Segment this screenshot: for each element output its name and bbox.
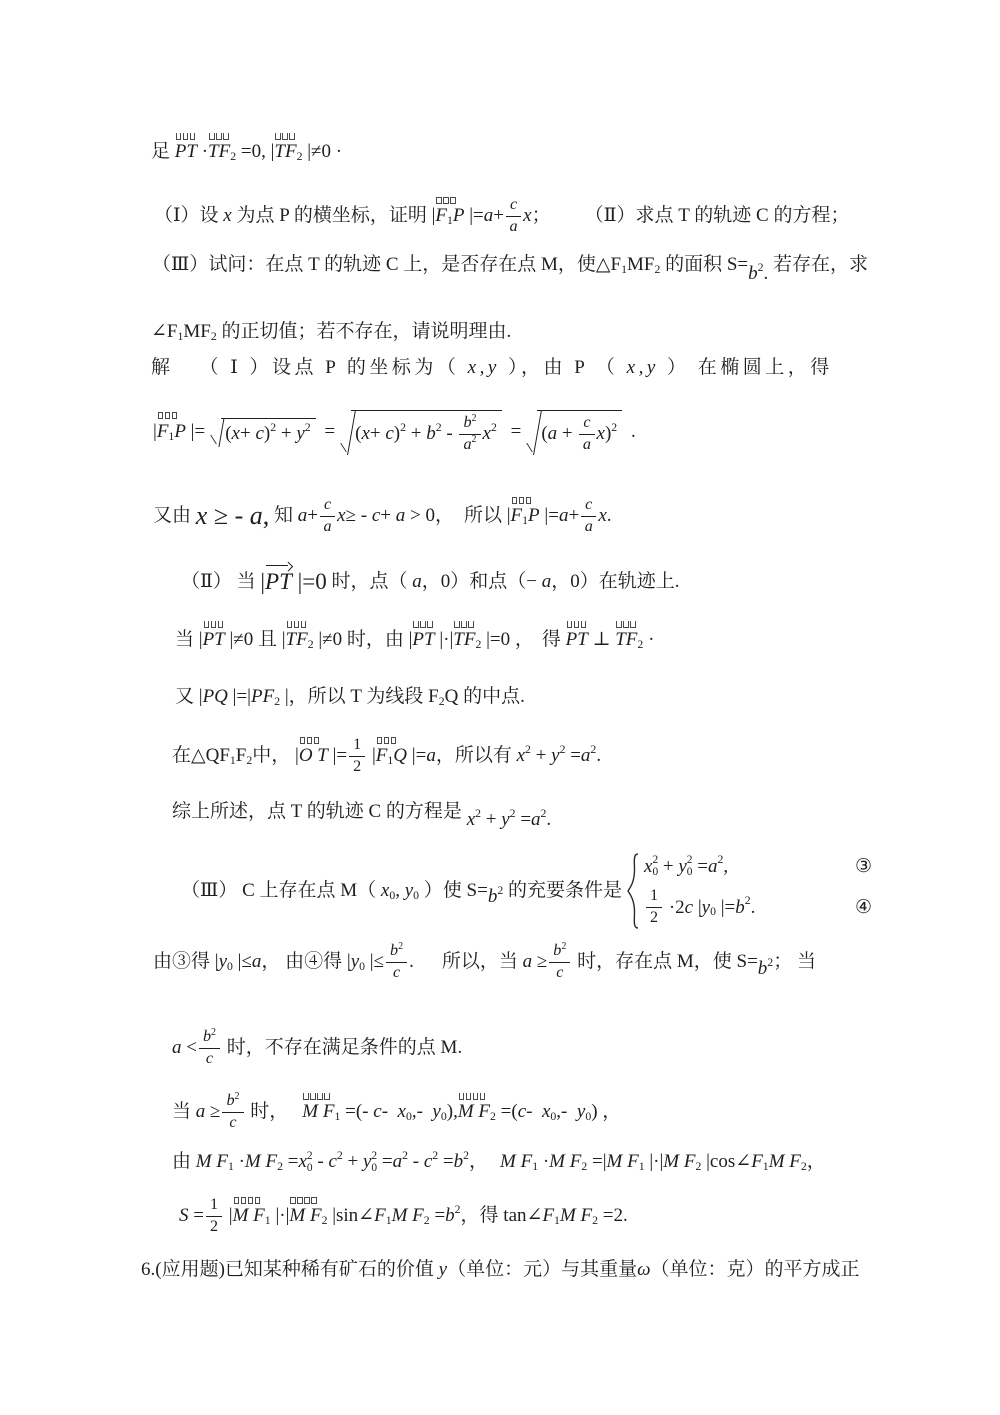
tofu-box-icon [248, 1197, 254, 1204]
math-variable: a [463, 436, 471, 455]
fraction-numerator: b2 [459, 414, 480, 435]
math-variable: M F [769, 1150, 801, 1174]
fraction: ca [506, 196, 521, 236]
math-variable: c [372, 504, 380, 528]
brace-path [626, 852, 640, 930]
fraction-denominator: c [206, 1049, 213, 1069]
tofu-box-icon [466, 1093, 472, 1100]
vector-with-tofu-boxes: F1P [157, 420, 186, 444]
text-run: |= [716, 896, 735, 920]
math-variable: b [735, 896, 745, 920]
tofu-box-icon [211, 621, 217, 628]
subscript: 2 [322, 1214, 328, 1229]
vector-with-tofu-boxes: F1P [511, 504, 540, 528]
tofu-box-icon [294, 621, 300, 628]
superscript: 2 [767, 956, 773, 971]
midpoint-statement: 又 |PQ |=|PF2 |，所以 T 为线段 F2Q 的中点. [175, 685, 525, 709]
tofu-box-icon [377, 737, 383, 744]
fraction-denominator: a [510, 217, 518, 237]
text-run: + [493, 204, 504, 228]
math-variable: M F [289, 1204, 321, 1228]
text-run: = [438, 1150, 453, 1174]
text-run: |，所以 T 为线段 F [280, 685, 439, 709]
math-variable: x [223, 204, 231, 228]
subscript: 2 [274, 695, 280, 710]
text-run: 时，点（ [327, 570, 413, 594]
text-run: , [395, 879, 405, 903]
square-root: (a + cax)2 [537, 410, 622, 455]
math-variable: c [510, 196, 517, 215]
text-run: ), [447, 1100, 458, 1124]
text-run: |≠0 · [302, 140, 342, 164]
subscript: 1 [386, 1214, 392, 1229]
triangle-median-relation: 在△QF1F2中， |O T |=12 |F1Q |=a，所以有 x2 + y2… [172, 736, 601, 776]
text-run: | [224, 1204, 233, 1228]
math-variable: S [179, 1204, 189, 1228]
text-run: |=0 [292, 568, 327, 597]
text-run: . [546, 808, 551, 832]
math-variable: PT [412, 628, 434, 652]
tofu-box-icon [300, 737, 306, 744]
tofu-box-icon [310, 1093, 316, 1100]
math-variable: c [255, 422, 263, 446]
subscript: 1 [334, 1110, 340, 1125]
text-run: |=0 ， [481, 628, 534, 652]
missing-glyph-boxes-icon [204, 621, 224, 628]
tofu-box-icon [158, 412, 164, 419]
tofu-box-icon [209, 133, 215, 140]
math-variable: P [453, 204, 465, 228]
math-variable: M F [196, 1150, 228, 1174]
subscript: 1 [230, 754, 236, 769]
math-variable: a [298, 504, 308, 528]
subscript: 1 [763, 1160, 769, 1175]
math-variable: F [751, 1150, 763, 1174]
text-run: · [234, 1150, 245, 1174]
missing-glyph-boxes-icon [567, 621, 587, 628]
math-variable: TF [615, 628, 637, 652]
subscript: 1 [522, 514, 528, 529]
fraction: 12 [349, 736, 365, 776]
text-run: 由③得 | [153, 950, 219, 974]
vectors-definition: 当 a ≥b2c 时，M F1 =(- c- x0,- y0),M F2 =(c… [172, 1092, 621, 1132]
text-run: 中， | [252, 744, 299, 768]
text-run: |≤ [233, 950, 252, 974]
equation-number-label: ③ [855, 855, 872, 879]
text-run: =2. [598, 1204, 628, 1228]
math-variable: F [374, 1204, 386, 1228]
missing-glyph-boxes-icon [413, 621, 433, 628]
math-variable: O T [299, 744, 328, 768]
math-variable: F [435, 204, 447, 228]
subscript: 2 [654, 263, 660, 278]
missing-glyph-boxes-icon [275, 133, 295, 140]
fraction-denominator: c [393, 963, 400, 983]
part2-perpendicular: 当 |PT |≠0 且 |TF2 |≠0 时，由 |PT |·|TF2 |=0 … [175, 628, 654, 652]
math-variable: c [373, 1100, 381, 1124]
math-variable: Q [393, 744, 407, 768]
math-variable: b [553, 942, 561, 961]
vector-with-tofu-boxes: PT [412, 628, 434, 652]
text-run: ），由 P （ [500, 356, 627, 380]
tofu-box-icon [223, 133, 229, 140]
math-variable: b [748, 262, 758, 286]
math-variable: a [583, 436, 591, 455]
math-variable: TF [274, 140, 296, 164]
tofu-box-icon [461, 621, 467, 628]
text-run: 得 [542, 628, 566, 652]
tofu-box-icon [218, 621, 224, 628]
math-variable: x [398, 1100, 406, 1124]
superscript: 2 [717, 853, 723, 868]
text-run: |= [407, 744, 426, 768]
text-run: ， 由④得 | [261, 950, 350, 974]
math-variable: c [393, 964, 400, 983]
fraction-numerator: c [320, 496, 335, 517]
math-variable: a [393, 1150, 403, 1174]
math-variable: M F [245, 1150, 277, 1174]
tofu-box-icon [289, 133, 295, 140]
text-run: - [408, 1150, 424, 1174]
math-variable: PT [203, 628, 225, 652]
subscript: 2 [277, 1160, 283, 1175]
fraction: 12 [206, 1196, 222, 1236]
text-run: 为点 P 的横坐标，证明 | [232, 204, 436, 228]
fraction-numerator: c [506, 196, 521, 217]
text-run: ·2 [664, 896, 685, 920]
text-run: MF [627, 253, 654, 277]
tofu-box-icon [468, 621, 474, 628]
subscript: 0 [550, 1110, 556, 1125]
missing-glyph-boxes-icon [290, 1197, 317, 1204]
part3-question: （Ⅲ）试问：在点 T 的轨迹 C 上，是否存在点 M，使△F1MF2 的面积 S… [152, 253, 868, 277]
math-variable: PF [251, 685, 274, 709]
text-run: （单位：元）与其重量 [447, 1258, 637, 1282]
math-variable: PT [265, 568, 292, 597]
subscript: 0 [389, 889, 395, 904]
tofu-box-icon [512, 497, 518, 504]
math-variable: b [426, 422, 436, 446]
missing-glyph-boxes-icon [512, 497, 532, 504]
text-run: （Ⅲ） C 上存在点 M（ [181, 879, 381, 903]
math-variable: y [702, 896, 710, 920]
vector-with-tofu-boxes: PT [566, 628, 588, 652]
text-run: 时，不存在满足条件的点 M. [222, 1036, 462, 1060]
math-variable: a [412, 570, 422, 594]
tofu-box-icon [275, 133, 281, 140]
subscript: 2 [490, 1110, 496, 1125]
text-run: （Ⅰ）设 [154, 204, 223, 228]
math-variable: c [328, 1150, 336, 1174]
text-run: , [723, 855, 728, 879]
text-run: ,- [556, 1100, 577, 1124]
subscript: 1 [447, 214, 453, 229]
math-variable: x [598, 504, 606, 528]
text-run: |cos∠ [701, 1150, 751, 1174]
tofu-box-icon [623, 621, 629, 628]
text-run: 时， [246, 1100, 289, 1124]
text-run: = [283, 1150, 298, 1174]
superscript: 2 [590, 743, 596, 758]
text-run: 6.(应用题)已知某种稀有矿石的价值 [141, 1258, 439, 1282]
missing-glyph-boxes-icon [176, 133, 196, 140]
math-variable: M F [500, 1150, 532, 1174]
math-variable: y [577, 1100, 585, 1124]
math-variable: M F [607, 1150, 639, 1174]
superscript: 2 [472, 434, 477, 446]
text-run: |≠0 且 | [225, 628, 286, 652]
cases-row: x20 + y20 =a2,③ [644, 854, 872, 878]
math-variable: a [559, 504, 569, 528]
text-run: . [751, 896, 756, 920]
superscript: 2 [436, 421, 442, 436]
text-run: 解 [151, 356, 174, 380]
text-run: 当 | [175, 628, 203, 652]
subscript: 0 [413, 889, 419, 904]
text-run: 时，存在点 M，使 S= [572, 950, 757, 974]
math-variable: x [381, 879, 389, 903]
text-run: + [343, 1150, 363, 1174]
cases-row-content: 12 ·2c |y0 |=b2. [644, 887, 755, 927]
superscript: 2 [472, 413, 477, 425]
text-run: . [626, 420, 636, 444]
tofu-box-icon [459, 1093, 465, 1100]
missing-glyph-boxes-icon [158, 412, 178, 419]
text-run: =0, | [236, 140, 274, 164]
math-variable: c [424, 1150, 432, 1174]
text-run: = [693, 855, 708, 879]
superscript: 2 [541, 807, 547, 822]
text-run: - [313, 1150, 329, 1174]
text-run: + [276, 422, 296, 446]
math-variable: M F [560, 1204, 592, 1228]
math-group: x2 + y2 =a2. [467, 808, 551, 832]
text-run: 2 [650, 909, 658, 928]
f1p-positive-conclusion: 又由 x ≥ - a, 知 a+cax≥ - c+ a > 0，所以 |F1P … [153, 496, 612, 536]
missing-glyph-boxes-icon [377, 737, 397, 744]
math-variable: a [542, 570, 552, 594]
text-run: ∠F [151, 320, 178, 344]
text-run: = [377, 1150, 392, 1174]
tofu-box-icon [304, 1197, 310, 1204]
text-run: ) ， [591, 1100, 621, 1124]
text-run: + [531, 744, 551, 768]
fraction-numerator: b2 [549, 942, 570, 963]
text-run: + [481, 808, 501, 832]
superscript: 2 [398, 941, 403, 953]
tofu-box-icon [255, 1197, 261, 1204]
math-variable: x [298, 1150, 306, 1174]
sub-sup-stack: 20 [687, 855, 693, 879]
text-run: （单位：克）的平方成正 [651, 1258, 860, 1282]
math-variable: x [467, 808, 475, 832]
superscript: 2 [305, 421, 311, 436]
tofu-box-icon [172, 412, 178, 419]
tofu-box-icon [454, 621, 460, 628]
text-run: |≠0 时，由 | [314, 628, 413, 652]
tofu-box-icon [616, 621, 622, 628]
tofu-box-icon [427, 621, 433, 628]
math-variable: P [174, 420, 186, 444]
text-run: Q 的中点. [445, 685, 525, 709]
subscript: 1 [639, 1160, 645, 1175]
math-group: x ≥ - a, [196, 500, 269, 533]
tofu-box-icon [324, 1093, 330, 1100]
tofu-box-icon [630, 621, 636, 628]
part2-zero-case: （Ⅱ） 当 |PT |=0 时，点（ a，0）和点（− a，0）在轨迹上. [181, 567, 679, 597]
vector-with-tofu-boxes: TF2 [615, 628, 643, 652]
subscript: 2 [581, 1160, 587, 1175]
math-variable: x [644, 855, 652, 879]
tofu-box-icon [204, 621, 210, 628]
text-run: F [236, 744, 247, 768]
math-variable: TF [286, 628, 308, 652]
fraction: b2c [222, 1092, 243, 1132]
math-variable: x,y [468, 356, 500, 380]
fraction-denominator: a [585, 517, 593, 537]
text-run: ⊥ [588, 628, 615, 652]
text-run: = [516, 808, 531, 832]
fraction-denominator: c [229, 1113, 236, 1133]
math-variable: y [551, 744, 559, 768]
text-run: . [596, 744, 601, 768]
math-variable: M F [458, 1100, 490, 1124]
cases-row-content: x20 + y20 =a2, [644, 854, 728, 878]
subscript: 2 [695, 1160, 701, 1175]
sub-sup-stack: 20 [652, 855, 658, 879]
text-run: + [240, 422, 255, 446]
math-variable: M F [302, 1100, 334, 1124]
math-variable: x [483, 422, 491, 446]
superscript: 2 [400, 421, 406, 436]
text-run: 综上所述，点 T 的轨迹 C 的方程是 [172, 800, 467, 824]
text-run: = [565, 744, 580, 768]
text-run: （Ⅲ）试问：在点 T 的轨迹 C 上，是否存在点 M，使△F [152, 253, 621, 277]
text-run: · [538, 1150, 549, 1174]
text-run: |·| [271, 1204, 290, 1228]
tofu-box-icon [420, 621, 426, 628]
math-group: b2. [748, 262, 768, 286]
math-variable: y [363, 1150, 371, 1174]
fraction: ca [320, 496, 335, 536]
part3-necessary-sufficient: （Ⅲ） C 上存在点 M（ x0, y0 ）使 S=b2 的充要条件是x20 +… [181, 852, 872, 930]
math-variable: a [510, 218, 518, 237]
square-root: (x+ c)2 + b2 - b2a2x2 [351, 410, 502, 455]
stack-sub: 0 [371, 1163, 377, 1175]
math-variable: b [758, 957, 768, 981]
math-variable: a [531, 808, 541, 832]
superscript: 2 [270, 421, 276, 436]
text-run: =( [496, 1100, 518, 1124]
subscript: 2 [424, 1214, 430, 1229]
math-variable: c [556, 964, 563, 983]
text-run: - [382, 1100, 398, 1124]
fraction-numerator: c [581, 496, 596, 517]
vector-with-tofu-boxes: TF2 [274, 140, 302, 164]
tofu-box-icon [567, 621, 573, 628]
superscript: 2 [525, 743, 531, 758]
equation-number-label: ④ [855, 896, 872, 920]
tofu-box-icon [473, 1093, 479, 1100]
tofu-box-icon [234, 1197, 240, 1204]
part1-part2-questions: （Ⅰ）设 x 为点 P 的横坐标，证明 |F1P |=a+cax；（Ⅱ）求点 T… [154, 196, 849, 236]
vector-with-tofu-boxes: M F2 [458, 1100, 496, 1124]
fraction-denominator: a [324, 517, 332, 537]
tofu-box-icon [443, 197, 449, 204]
subscript: 2 [211, 330, 217, 345]
math-variable: F [542, 1204, 554, 1228]
math-variable: y [351, 950, 359, 974]
tofu-box-icon [314, 737, 320, 744]
fraction-numerator: 1 [206, 1196, 222, 1217]
superscript: 2 [497, 884, 503, 899]
math-variable: x [517, 744, 525, 768]
math-variable: M F [663, 1150, 695, 1174]
text-run: ， [807, 1150, 826, 1174]
superscript: 2 [491, 421, 497, 436]
math-variable: a [548, 422, 558, 446]
text-run: - [442, 422, 458, 446]
math-variable: y [219, 950, 227, 974]
tofu-box-icon [303, 1093, 309, 1100]
cases-system: x20 + y20 =a2,③12 ·2c |y0 |=b2.④ [626, 852, 872, 930]
subscript: 1 [554, 1214, 560, 1229]
vector-with-tofu-boxes: F1Q [376, 744, 407, 768]
superscript: 2 [455, 1203, 461, 1218]
math-variable: x [597, 422, 605, 446]
math-variable: c [229, 1114, 236, 1133]
math-variable: ω [637, 1258, 650, 1282]
math-variable: y [678, 855, 686, 879]
math-variable: c [385, 422, 393, 446]
subscript: 0 [406, 1110, 412, 1125]
subscript: 1 [532, 1160, 538, 1175]
sub-sup-stack: 20 [371, 1151, 377, 1175]
text-run: |≤ [365, 950, 384, 974]
subscript: 1 [387, 754, 393, 769]
missing-glyph-boxes-icon [459, 1093, 486, 1100]
fraction: ca [581, 496, 596, 536]
tofu-box-icon [287, 621, 293, 628]
math-group: b2 [758, 957, 773, 981]
text-run: 足 [151, 140, 175, 164]
tofu-box-icon [311, 1197, 317, 1204]
superscript: 2 [211, 1027, 216, 1039]
tofu-box-icon [216, 133, 222, 140]
text-run: + [380, 504, 395, 528]
math-variable: b [390, 942, 398, 961]
square-root: (x+ c)2 + y2 [221, 418, 315, 447]
text-run: 2 [353, 758, 361, 777]
math-variable: a [585, 518, 593, 537]
subscript: 1 [168, 430, 174, 445]
text-run: | [367, 744, 376, 768]
f1p-sqrt-derivation: |F1P |=(x+ c)2 + y2 =(x+ c)2 + b2 - b2a2… [153, 408, 636, 455]
math-variable: x [361, 422, 369, 446]
text-run: . [764, 262, 769, 286]
math-variable: F [376, 744, 388, 768]
math-variable: b [488, 885, 498, 909]
bounds-from-3-4: 由③得 |y0 |≤a， 由④得 |y0 |≤b2c.所以，当 a ≥b2c 时… [153, 942, 816, 982]
vector-with-arrow: PT [265, 567, 292, 597]
text-run: ， [469, 1150, 488, 1174]
tofu-box-icon [526, 497, 532, 504]
text-run: 又由 [153, 504, 196, 528]
sub-sup-stack: 20 [307, 1151, 313, 1175]
tofu-box-icon [450, 197, 456, 204]
superscript: 2 [432, 1149, 438, 1164]
fraction: 12 [646, 887, 662, 927]
